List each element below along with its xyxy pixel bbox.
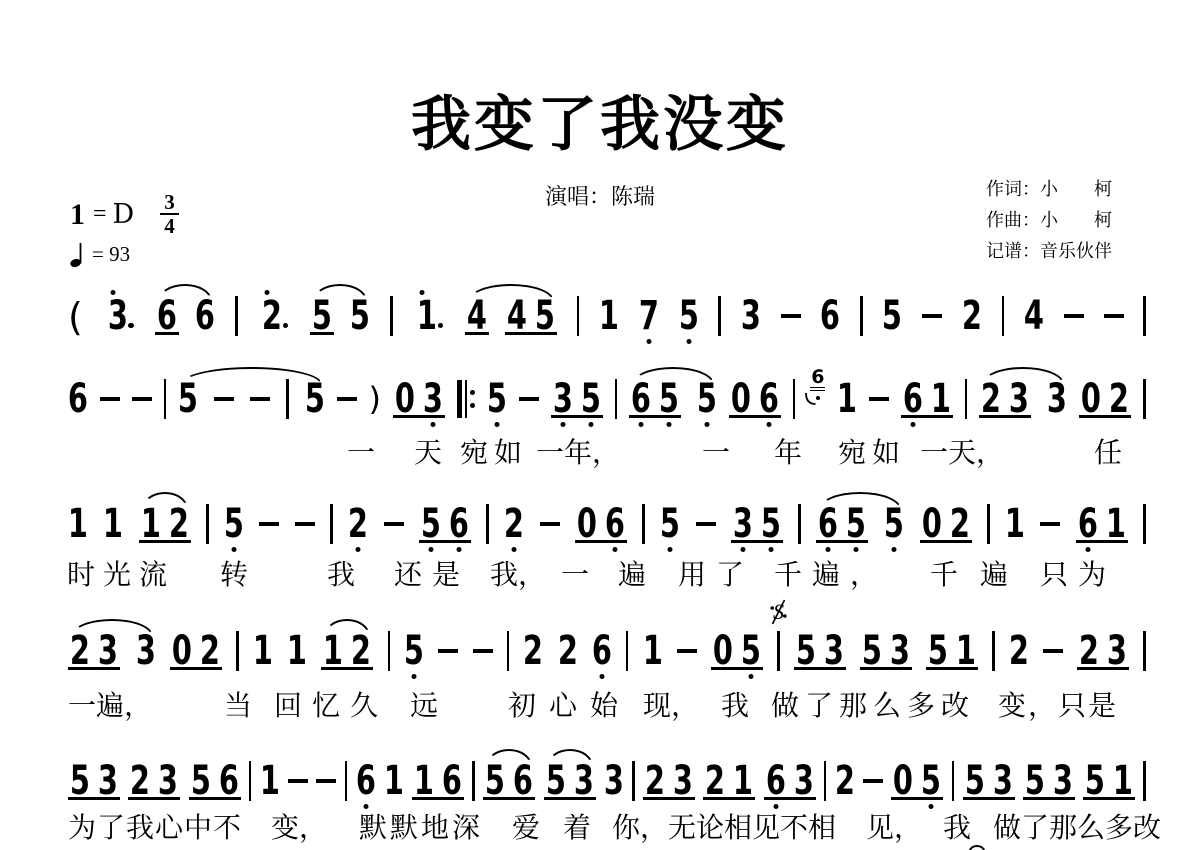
lyric-syllable: 千	[930, 559, 958, 591]
slur-group: 233	[68, 636, 156, 666]
key-and-time-signature: 1 = D 3 4	[70, 192, 179, 237]
lyric-syllable: 只为	[1040, 559, 1116, 591]
augmentation-dot	[128, 323, 134, 329]
barline	[390, 296, 393, 336]
beam-group: 61	[1076, 509, 1128, 539]
composer-credit: 作曲：小 柯	[986, 205, 1112, 236]
note-digit: 5	[761, 509, 781, 539]
note: 5	[350, 301, 370, 331]
note: 3	[890, 636, 910, 666]
note: 2	[962, 301, 982, 331]
note: 1	[733, 766, 753, 796]
note-digit: 1	[260, 766, 280, 796]
beam-group: 65	[816, 509, 868, 539]
note: 6	[766, 766, 786, 796]
duration-dash	[1040, 522, 1060, 526]
beam-group: 02	[170, 636, 222, 666]
note-digit: 5	[546, 766, 566, 796]
note-digit: 1	[1113, 766, 1133, 796]
note-digit: 3	[98, 636, 118, 666]
note-digit: 5	[191, 766, 211, 796]
octave-dot-below	[686, 339, 691, 344]
octave-dot-below	[854, 547, 859, 552]
note-digit: 2	[835, 766, 855, 796]
note: 5	[965, 766, 985, 796]
duration-dash	[438, 649, 458, 653]
note-digit: 2	[950, 509, 970, 539]
lyric-syllable: 默默地深	[359, 812, 483, 844]
note-digit: 3	[794, 766, 814, 796]
note: 1	[141, 509, 161, 539]
note: 3	[733, 509, 753, 539]
lyrics-line-2: 时光流转我还是我，一遍用了千遍，千遍只为	[0, 559, 1200, 593]
music-line-1: (366255144517536524	[68, 301, 1146, 331]
note: 5	[882, 301, 902, 331]
beam-group: 65	[629, 384, 681, 414]
note: 1	[1005, 509, 1025, 539]
octave-dot-below	[929, 804, 934, 809]
note: 5	[921, 766, 941, 796]
barline	[1143, 379, 1146, 419]
note-digit: 6	[605, 509, 625, 539]
lyrics-line-4: 为了我心中不变，默默地深爱着你，无论相见不相见，我做了那么多改	[0, 812, 1200, 846]
slur-arc	[181, 367, 322, 384]
note-digit: 5	[697, 384, 717, 414]
note: 3	[673, 766, 693, 796]
lyric-syllable: 一天，	[920, 437, 1004, 469]
clipped-next-line-fragment	[969, 845, 985, 850]
note-digit: 2	[1009, 636, 1029, 666]
note-digit: 0	[1081, 384, 1101, 414]
beam-group: 23	[643, 766, 695, 796]
barline	[236, 631, 239, 671]
note-digit: 3	[158, 766, 178, 796]
octave-dot-below	[668, 547, 673, 552]
lyric-syllable: 一	[347, 437, 375, 469]
duration-dash	[295, 522, 315, 526]
note-digit: 2	[1109, 384, 1129, 414]
lyric-syllable: 还是	[394, 559, 470, 591]
note: 5	[697, 384, 717, 414]
octave-dot-below	[588, 422, 593, 427]
note-digit: 5	[884, 509, 904, 539]
slur-group: 655	[816, 509, 904, 539]
octave-dot-below	[741, 547, 746, 552]
lyric-syllable: 做了那么多改	[993, 812, 1161, 844]
barline	[286, 379, 289, 419]
barline	[577, 296, 580, 336]
note-digit: 1	[956, 636, 976, 666]
beam-group: 51	[926, 636, 978, 666]
note-digit: 0	[395, 384, 415, 414]
lyric-syllable: 着	[563, 812, 591, 844]
note: 1	[956, 636, 976, 666]
slur-group: 445	[465, 301, 557, 331]
note: 5	[581, 384, 601, 414]
note: 5	[660, 509, 680, 539]
duration-dash	[1104, 314, 1124, 318]
note-digit: 5	[350, 301, 370, 331]
note-digit: 3	[574, 766, 594, 796]
beam-group: 06	[575, 509, 627, 539]
barline	[615, 379, 618, 419]
note-digit: 5	[70, 766, 90, 796]
note: 2	[200, 636, 220, 666]
slur-group: 233	[979, 384, 1067, 414]
note: 6	[818, 509, 838, 539]
repeat-thin-bar	[465, 380, 467, 418]
note: 3	[1009, 384, 1029, 414]
beam-group: 63	[764, 766, 816, 796]
song-title: 我变了我没变	[0, 92, 1200, 158]
lyrics-line-1: 一天宛如一年，一年宛如一天，任	[0, 437, 1200, 471]
beam-group: 02	[920, 509, 972, 539]
note: 3	[1047, 384, 1067, 414]
note-digit: 6	[631, 384, 651, 414]
barline	[330, 504, 333, 544]
note: 6	[605, 509, 625, 539]
barline-with-segno: S	[777, 636, 780, 671]
lyric-syllable: 为了我心中不	[68, 812, 242, 844]
note-digit: 3	[733, 509, 753, 539]
duration-dash	[214, 397, 234, 401]
note-digit: 4	[467, 301, 487, 331]
lyric-syllable: 一年，	[536, 437, 620, 469]
note-digit: 0	[922, 509, 942, 539]
octave-dot-below	[612, 547, 617, 552]
note: 3	[103, 301, 136, 331]
slur-group: 53	[544, 766, 596, 796]
note: 1	[260, 766, 280, 796]
lyric-syllable: 我	[721, 690, 749, 722]
note: 0	[893, 766, 913, 796]
barline	[472, 761, 475, 801]
note: 5	[884, 509, 904, 539]
note: 0	[713, 636, 733, 666]
note-digit: 3	[98, 766, 118, 796]
note: 3	[1107, 636, 1127, 666]
octave-dot-below	[704, 422, 709, 427]
note-digit: 3	[673, 766, 693, 796]
note: 2	[257, 301, 290, 331]
time-signature-numerator: 3	[160, 192, 179, 213]
note-digit: 4	[1024, 301, 1044, 331]
octave-dot-below	[646, 339, 651, 344]
lyric-syllable: 年	[774, 437, 802, 469]
beam-group: 51	[1083, 766, 1135, 796]
lyricist-credit: 作词：小 柯	[986, 174, 1112, 205]
duration-dash	[677, 649, 697, 653]
note: 1	[599, 301, 619, 331]
octave-dot-below	[816, 396, 820, 400]
lyric-syllable: 变，只是	[998, 690, 1118, 722]
lyric-syllable: 你，无论相见不相	[612, 812, 836, 844]
beam-group: 05	[891, 766, 943, 796]
note-digit: 6	[219, 766, 239, 796]
note: 5	[485, 766, 505, 796]
note-digit: 5	[404, 636, 424, 666]
slur-group: 56	[483, 766, 535, 796]
note: 5	[421, 509, 441, 539]
duration-dash	[132, 397, 152, 401]
barline	[345, 761, 348, 801]
lyric-syllable: 遍	[618, 559, 646, 591]
beam-group: 53	[860, 636, 912, 666]
note: 5	[535, 301, 555, 331]
note: 0	[1081, 384, 1101, 414]
barline	[824, 761, 827, 801]
beam-group: 61	[901, 384, 953, 414]
repeat-dot	[470, 390, 475, 395]
barline	[992, 631, 995, 671]
octave-dot-below	[773, 804, 778, 809]
note-digit: 2	[70, 636, 90, 666]
note-digit: 6	[68, 384, 88, 414]
barline	[1143, 296, 1146, 336]
barline	[793, 379, 796, 419]
octave-dot-above	[265, 290, 270, 295]
note-digit: 2	[504, 509, 524, 539]
duration-dash	[922, 314, 942, 318]
note-digit: 2	[169, 509, 189, 539]
note-digit: 5	[921, 766, 941, 796]
note-digit: 3	[423, 384, 443, 414]
note-digit: 7	[639, 301, 659, 331]
note-digit: 5	[882, 301, 902, 331]
barline	[1143, 631, 1146, 671]
note-digit: 6	[818, 509, 838, 539]
note: 1	[253, 636, 273, 666]
note: 2	[981, 384, 1001, 414]
note: 5	[761, 509, 781, 539]
beam-group: 12	[139, 509, 191, 539]
note: 2	[70, 636, 90, 666]
octave-dot-below	[599, 674, 604, 679]
note-digit: 1	[1106, 509, 1126, 539]
notation-credit: 记谱：音乐伙伴	[986, 236, 1112, 267]
open-paren: (	[68, 301, 83, 333]
note-digit: 5	[485, 766, 505, 796]
octave-dot-below	[456, 547, 461, 552]
duration-dash	[863, 779, 883, 783]
beam-group: 5	[310, 301, 334, 331]
note: 3	[423, 384, 443, 414]
note: 2	[1079, 636, 1099, 666]
barline	[642, 504, 645, 544]
note: 4	[507, 301, 527, 331]
note-digit: 3	[1047, 384, 1067, 414]
note-digit: 1	[141, 509, 161, 539]
tempo-marking: = 93	[70, 241, 130, 268]
note-digit: 6	[903, 384, 923, 414]
note: 6	[68, 384, 88, 414]
note: 6	[195, 301, 215, 331]
note: 6	[820, 301, 840, 331]
barline	[164, 379, 167, 419]
note-digit: 0	[577, 509, 597, 539]
beam-group: 23	[68, 636, 120, 666]
duration-dash	[259, 522, 279, 526]
note-digit: 5	[741, 636, 761, 666]
note-digit: 6	[449, 509, 469, 539]
beam-group: 03	[393, 384, 445, 414]
note: 6	[513, 766, 533, 796]
note: 6	[631, 384, 651, 414]
note-digit: 0	[713, 636, 733, 666]
lyric-syllable: 宛如	[838, 437, 906, 469]
note-digit: 3	[824, 636, 844, 666]
lyric-syllable: 一	[561, 559, 589, 591]
barline	[486, 504, 489, 544]
note: 3	[553, 384, 573, 414]
octave-dot-below	[892, 547, 897, 552]
note: 3	[136, 636, 156, 666]
repeat-dots	[470, 390, 475, 408]
note-digit: 6	[195, 301, 215, 331]
note-digit: 5	[862, 636, 882, 666]
note: 0	[922, 509, 942, 539]
slur-group: 12	[321, 636, 373, 666]
note-digit: 1	[68, 509, 88, 539]
note: 6	[759, 384, 779, 414]
note: 3	[824, 636, 844, 666]
note: 2	[950, 509, 970, 539]
note: 6	[903, 384, 923, 414]
beam-group: 21	[703, 766, 755, 796]
octave-dot-below	[1085, 547, 1090, 552]
octave-dot-below	[512, 547, 517, 552]
note: 2	[1109, 384, 1129, 414]
note-digit: 3	[1053, 766, 1073, 796]
note: 3	[574, 766, 594, 796]
note: 3	[158, 766, 178, 796]
note: 5	[862, 636, 882, 666]
note-digit: 3	[604, 766, 624, 796]
note-digit: 5	[796, 636, 816, 666]
note-digit: 5	[305, 384, 325, 414]
note-digit: 3	[108, 301, 128, 331]
note-digit: 6	[1078, 509, 1098, 539]
note: 3	[741, 301, 761, 331]
beam-group: 35	[731, 509, 783, 539]
note: 5	[546, 766, 566, 796]
note-digit: 0	[893, 766, 913, 796]
note-digit: 2	[262, 301, 282, 331]
beam-group: 53	[68, 766, 120, 796]
note-digit: 5	[487, 384, 507, 414]
beam-group: 06	[729, 384, 781, 414]
octave-dot-below	[494, 422, 499, 427]
grace-note: 6	[807, 384, 825, 414]
beam-group: 02	[1079, 384, 1131, 414]
octave-dot-below	[911, 422, 916, 427]
barline	[632, 761, 635, 801]
beam-group: 12	[321, 636, 373, 666]
barline	[235, 296, 238, 336]
key-letter: D	[113, 199, 135, 230]
lyric-syllable: 做了那么多改	[771, 690, 975, 722]
note: 6	[1078, 509, 1098, 539]
duration-dash	[781, 314, 801, 318]
beam-group: 56	[483, 766, 535, 796]
augmentation-dot	[438, 323, 444, 329]
note-digit: 3	[1107, 636, 1127, 666]
note-digit: 1	[323, 636, 343, 666]
lyric-syllable: 初心始	[508, 690, 631, 722]
note-digit: 1	[1005, 509, 1025, 539]
note-digit: 2	[645, 766, 665, 796]
beam-group: 56	[189, 766, 241, 796]
beam-group: 53	[1023, 766, 1075, 796]
beam-group: 45	[505, 301, 557, 331]
note-digit: 1	[103, 509, 123, 539]
note: 1	[103, 509, 123, 539]
note: 3	[993, 766, 1013, 796]
note-digit: 2	[962, 301, 982, 331]
note-digit: 5	[659, 384, 679, 414]
lyric-syllable: 变，	[271, 812, 327, 844]
note: 2	[1009, 636, 1029, 666]
note: 2	[130, 766, 150, 796]
barline	[718, 296, 721, 336]
note-digit: 1	[253, 636, 273, 666]
note-digit: 5	[535, 301, 555, 331]
duration-dash	[250, 397, 270, 401]
note-digit: 2	[1079, 636, 1099, 666]
note: 2	[835, 766, 855, 796]
note-digit: 3	[741, 301, 761, 331]
note: 1	[1113, 766, 1133, 796]
beam-group: 16	[412, 766, 464, 796]
note: 0	[172, 636, 192, 666]
note-digit: 1	[599, 301, 619, 331]
note-digit: 5	[928, 636, 948, 666]
note: 2	[351, 636, 371, 666]
lyric-syllable: 我，	[490, 559, 546, 591]
note: 6	[592, 636, 612, 666]
note: 1	[643, 636, 663, 666]
note-digit: 2	[981, 384, 1001, 414]
note: 3	[794, 766, 814, 796]
lyric-syllable: 一遍，	[68, 690, 152, 722]
note-digit: 0	[731, 384, 751, 414]
barline	[860, 296, 863, 336]
note-digit: 1	[931, 384, 951, 414]
duration-dash	[337, 397, 357, 401]
note-digit: 2	[200, 636, 220, 666]
lyric-syllable: 时光流	[67, 559, 175, 591]
note: 7	[639, 301, 659, 331]
barline	[249, 761, 252, 801]
close-paren: )	[369, 384, 381, 415]
beam-group: 23	[1077, 636, 1129, 666]
lyric-syllable: 回忆久	[274, 690, 388, 722]
note: 4	[467, 301, 487, 331]
lyric-syllable: 我	[327, 559, 355, 591]
note-digit: 1	[643, 636, 663, 666]
note-digit: 5	[224, 509, 244, 539]
duration-dash	[519, 397, 539, 401]
note: 5	[1025, 766, 1045, 796]
note-digit: 3	[1009, 384, 1029, 414]
barline	[1002, 296, 1005, 336]
sheet-music-page: 我变了我没变 演唱：陈瑞 作词：小 柯 作曲：小 柯 记谱：音乐伙伴 1 = D…	[0, 0, 1200, 850]
note-digit: 5	[312, 301, 332, 331]
note: 2	[504, 509, 524, 539]
note: 1	[412, 301, 445, 331]
note: 1	[68, 509, 88, 539]
note-digit: 3	[890, 636, 910, 666]
